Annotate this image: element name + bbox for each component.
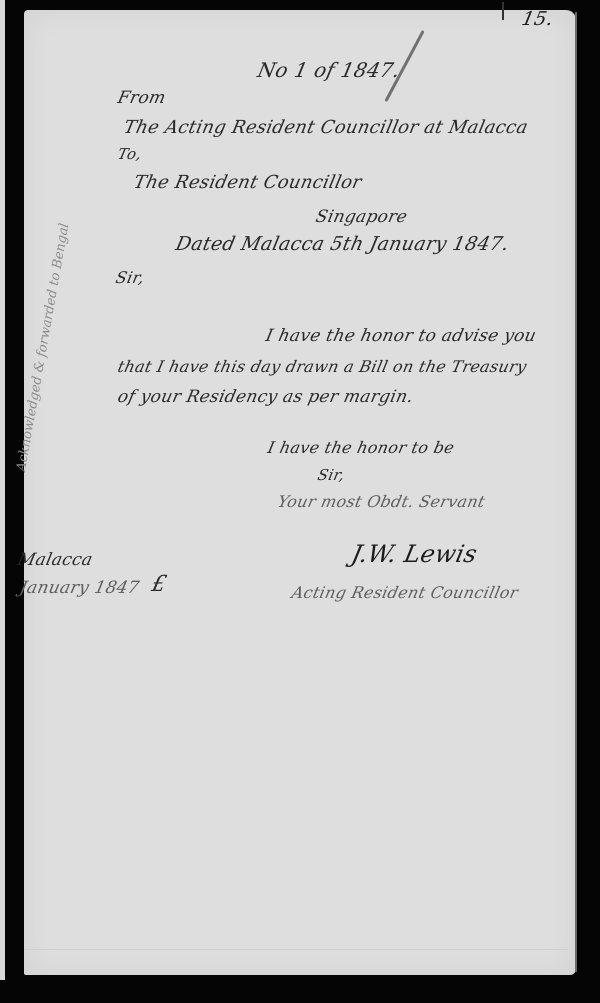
from-label: From [116, 88, 168, 108]
dated-line: Dated Malacca 5th January 1847. [174, 233, 511, 255]
to-label: To, [116, 145, 143, 163]
signature: J.W. Lewis [349, 540, 480, 568]
body-line-3: of your Residency as per margin. [116, 387, 415, 407]
margin-note-date: January 1847 [18, 578, 141, 598]
page-right-edge [575, 12, 577, 972]
from-sender: The Acting Resident Councillor at Malacc… [122, 117, 530, 138]
salutation: Sir, [114, 268, 146, 287]
page-fold-line [24, 949, 568, 950]
ink-tick-mark [502, 2, 504, 20]
page-number: 15. [520, 8, 556, 30]
signature-title: Acting Resident Councillor [290, 583, 520, 602]
to-recipient: The Resident Councillor [132, 172, 364, 193]
letter-number: No 1 of 1847. [255, 58, 402, 82]
to-location: Singapore [314, 207, 409, 227]
body-line-2: that I have this day drawn a Bill on the… [116, 357, 529, 376]
body-line-1: I have the honor to advise you [264, 326, 538, 346]
scan-left-edge [0, 0, 5, 980]
closing-line-3: Your most Obdt. Servant [276, 492, 487, 511]
margin-note-place: Malacca [16, 550, 95, 570]
closing-line-2: Sir, [316, 466, 346, 484]
closing-line-1: I have the honor to be [266, 438, 456, 457]
